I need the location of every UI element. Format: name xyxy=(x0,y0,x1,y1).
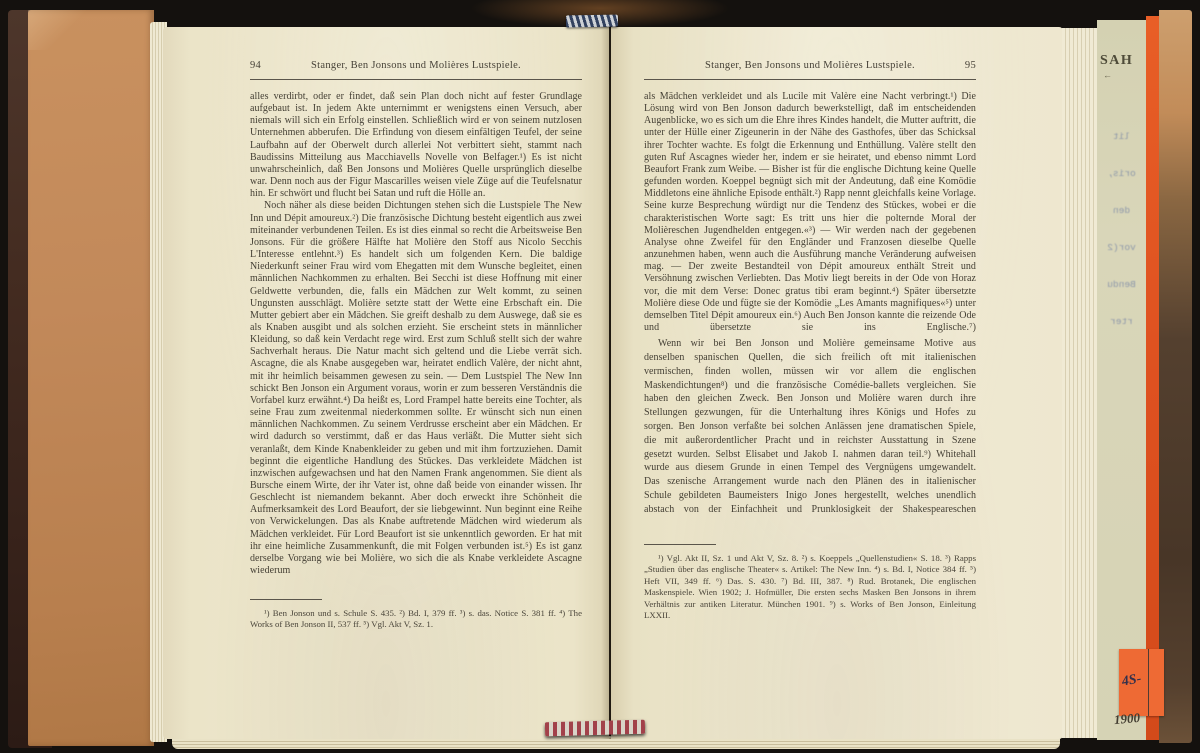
running-header-title: Stanger, Ben Jonsons und Molières Lustsp… xyxy=(705,60,915,71)
header-rule-right xyxy=(644,79,976,80)
footnote-rule-right xyxy=(644,544,716,545)
header-rule-left xyxy=(250,79,582,80)
paragraph: Wenn wir bei Ben Jonson und Molière geme… xyxy=(644,337,976,516)
headband-top xyxy=(566,15,618,28)
running-header-left: 94 Stanger, Ben Jonsons und Molières Lus… xyxy=(250,60,582,71)
sticker-divider-line xyxy=(1148,649,1149,716)
book-cover-left xyxy=(28,10,154,746)
paragraph: Noch näher als diese beiden Dichtungen s… xyxy=(250,200,582,577)
book-page-right: Stanger, Ben Jonsons und Molières Lustsp… xyxy=(611,27,1063,739)
body-text-right: als Mädchen verkleidet und als Lucile mi… xyxy=(644,91,976,541)
running-header-right: Stanger, Ben Jonsons und Molières Lustsp… xyxy=(644,60,976,71)
footnotes-left: ¹) Ben Jonson und s. Schule S. 435. ²) B… xyxy=(250,608,582,631)
footnote-rule-left xyxy=(250,599,322,600)
show-through-typewriting: lit oris, den vor(2 Bendu rter xyxy=(1097,118,1146,340)
edge-handwritten-number: 1900 xyxy=(1113,710,1140,728)
stamp-arrow-mark: ← xyxy=(1103,70,1112,80)
body-text-left: alles verdirbt, oder er findet, daß sein… xyxy=(250,91,582,599)
sticker-handwritten-label: 4S- xyxy=(1121,671,1143,690)
running-header-title: Stanger, Ben Jonsons und Molières Lustsp… xyxy=(311,60,521,71)
book-scan-photo: 94 Stanger, Ben Jonsons und Molières Lus… xyxy=(0,0,1200,753)
page-edges-right xyxy=(1062,28,1098,738)
book-cover-right xyxy=(1159,10,1192,743)
paragraph: alles verdirbt, oder er findet, daß sein… xyxy=(250,91,582,200)
library-stamp-text: SAH xyxy=(1100,53,1149,69)
library-slip-strip: SAH ← lit oris, den vor(2 Bendu rter xyxy=(1097,20,1146,740)
cover-fold-highlight xyxy=(28,10,88,50)
page-number-right: 95 xyxy=(965,60,976,71)
paragraph: als Mädchen verkleidet und als Lucile mi… xyxy=(644,91,976,334)
book-page-left: 94 Stanger, Ben Jonsons und Molières Lus… xyxy=(163,27,609,739)
page-number-left: 94 xyxy=(250,60,261,71)
endband-bottom xyxy=(545,720,645,737)
footnotes-right: ¹) Vgl. Akt II, Sz. 1 und Akt V, Sz. 8. … xyxy=(644,553,976,621)
